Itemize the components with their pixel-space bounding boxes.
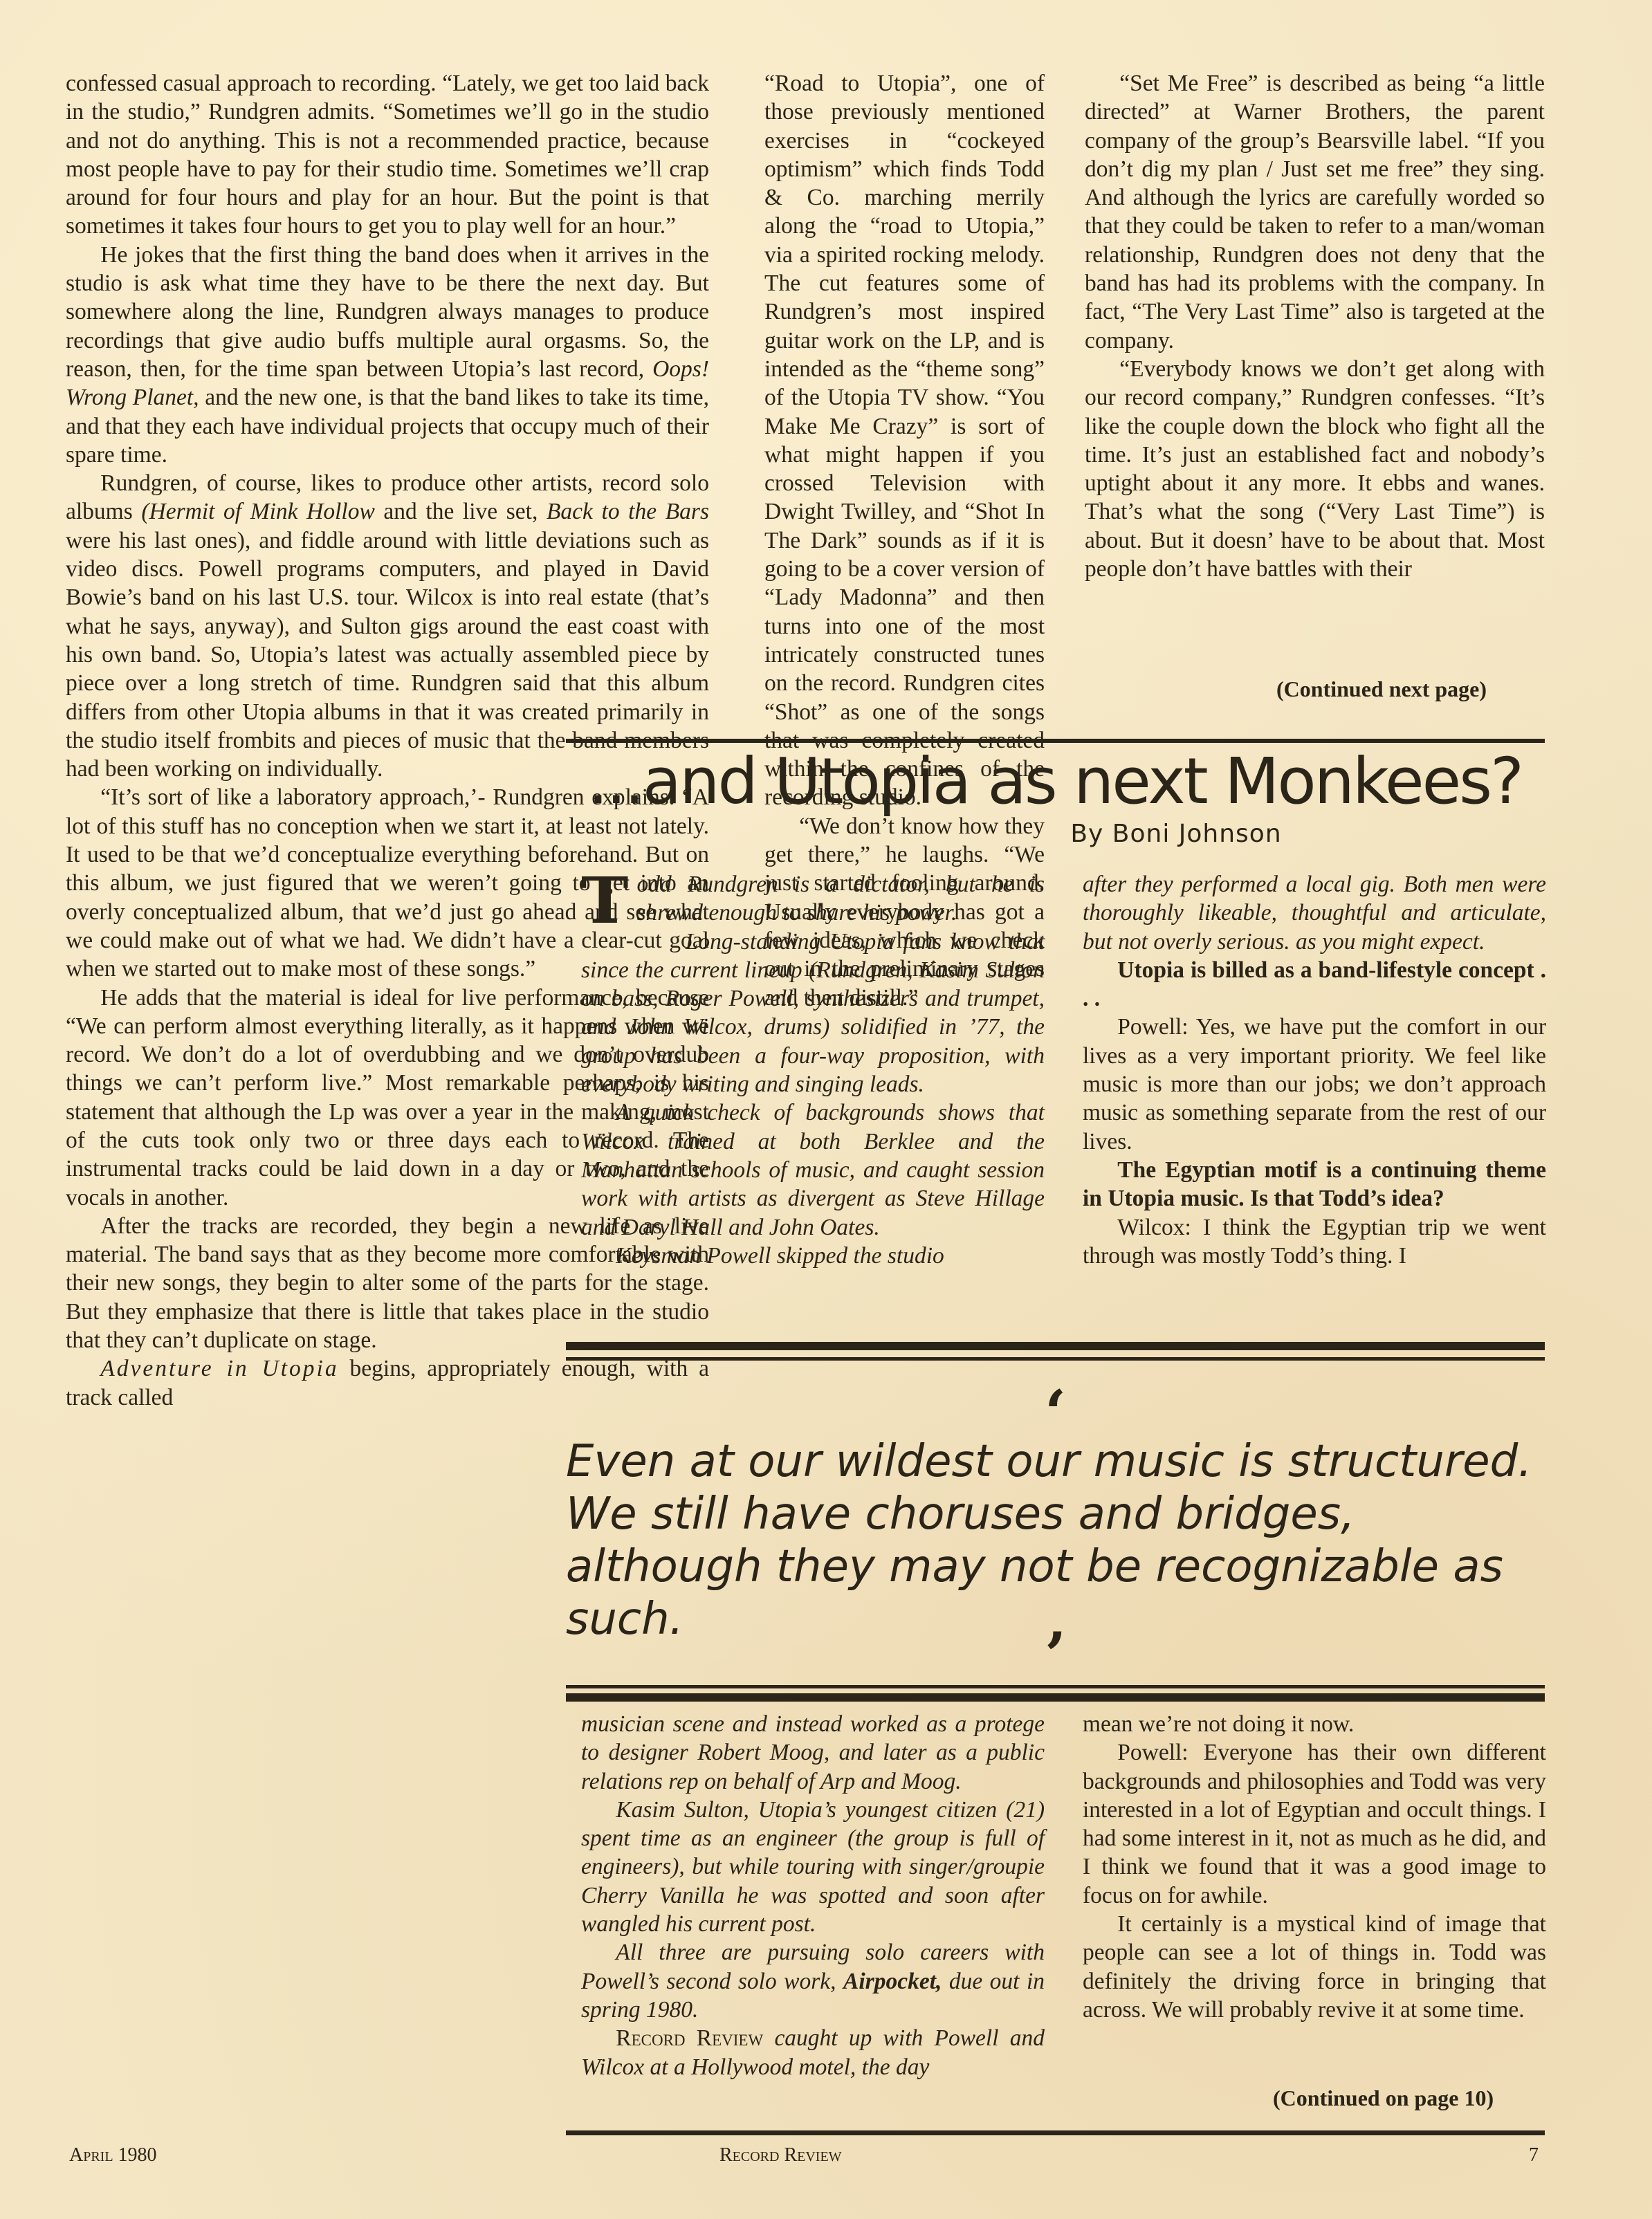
- continued-on-page-10-link[interactable]: (Continued on page 10): [1273, 2086, 1494, 2111]
- intro-left-column: Todd Rundgren is a dictator, but he is s…: [581, 870, 1045, 1270]
- paragraph: Powell: Everyone has their own different…: [1083, 1738, 1546, 1910]
- lower-right-column: mean we’re not doing it now. Powell: Eve…: [1083, 1710, 1546, 2024]
- pull-quote-bottom-rule: [566, 1693, 1545, 1702]
- paragraph: Kasim Sulton, Utopia’s youngest citizen …: [581, 1796, 1045, 1938]
- paragraph: musician scene and instead worked as a p…: [581, 1710, 1045, 1796]
- text: He jokes that the first thing the band d…: [66, 242, 709, 382]
- text: and the live set,: [383, 499, 538, 524]
- paragraph: Record Review caught up with Powell and …: [581, 2024, 1045, 2081]
- headline: ...and Utopia as next Monkees?: [564, 744, 1546, 820]
- text: odd Rundgren is a dictator, but he is sh…: [636, 872, 1045, 926]
- paragraph: Long-standing Utopia fans know that sinc…: [581, 928, 1045, 1099]
- interview-question: Utopia is billed as a band-lifestyle con…: [1083, 956, 1546, 1013]
- intro-right-column: after they performed a local gig. Both m…: [1083, 870, 1546, 1270]
- lower-left-column: musician scene and instead worked as a p…: [581, 1710, 1045, 2081]
- interview-answer: Wilcox: I think the Egyptian trip we wen…: [1083, 1213, 1546, 1271]
- paragraph: He jokes that the first thing the band d…: [66, 241, 709, 469]
- page-number: 7: [1529, 2144, 1539, 2166]
- pull-quote-top-rule: [566, 1342, 1545, 1350]
- paragraph: mean we’re not doing it now.: [1083, 1710, 1546, 1738]
- pull-quote-top-rule-thin: [566, 1357, 1545, 1361]
- album-title: Back to the Bars: [547, 499, 709, 524]
- issue-date: April 1980: [69, 2144, 157, 2166]
- pull-quote-bottom-rule-thin: [566, 1685, 1545, 1688]
- paragraph: “Everybody knows we don’t get along with…: [1085, 355, 1545, 583]
- paragraph: confessed casual approach to recording. …: [66, 69, 709, 241]
- byline: By Boni Johnson: [761, 820, 1591, 848]
- magazine-name: Record Review: [616, 2025, 763, 2051]
- section-divider: [566, 739, 1545, 743]
- interview-answer: Powell: Yes, we have put the comfort in …: [1083, 1013, 1546, 1155]
- paragraph: A quick check of backgrounds shows that …: [581, 1098, 1045, 1241]
- paragraph: Keysman Powell skipped the studio: [581, 1242, 1045, 1270]
- paragraph: It certainly is a mystical kind of image…: [1083, 1910, 1546, 2024]
- paragraph: Todd Rundgren is a dictator, but he is s…: [581, 870, 1045, 928]
- album-title: Adventure in Utopia: [100, 1356, 338, 1381]
- interview-question: The Egyptian motif is a continuing theme…: [1083, 1156, 1546, 1213]
- pull-quote: Even at our wildest our music is structu…: [566, 1435, 1548, 1646]
- close-quote-mark: ’: [1045, 1619, 1066, 1692]
- paragraph: “Set Me Free” is described as being “a l…: [1085, 69, 1545, 355]
- paragraph: Adventure in Utopia begins, appropriatel…: [66, 1354, 709, 1412]
- paragraph: All three are pursuing solo careers with…: [581, 1938, 1045, 2024]
- paragraph: after they performed a local gig. Both m…: [1083, 870, 1546, 956]
- publication-name: Record Review: [719, 2144, 842, 2166]
- drop-cap: T: [581, 876, 628, 926]
- album-title: (Hermit of Mink Hollow: [141, 499, 374, 524]
- album-title: Airpocket,: [843, 1969, 942, 1994]
- paragraph: Rundgren, of course, likes to produce ot…: [66, 469, 709, 783]
- continued-next-page-link[interactable]: (Continued next page): [1276, 676, 1487, 702]
- bottom-rule: [566, 2130, 1545, 2135]
- paragraph: “Road to Utopia”, one of those previousl…: [764, 69, 1045, 812]
- article-right-column: “Set Me Free” is described as being “a l…: [1085, 69, 1545, 583]
